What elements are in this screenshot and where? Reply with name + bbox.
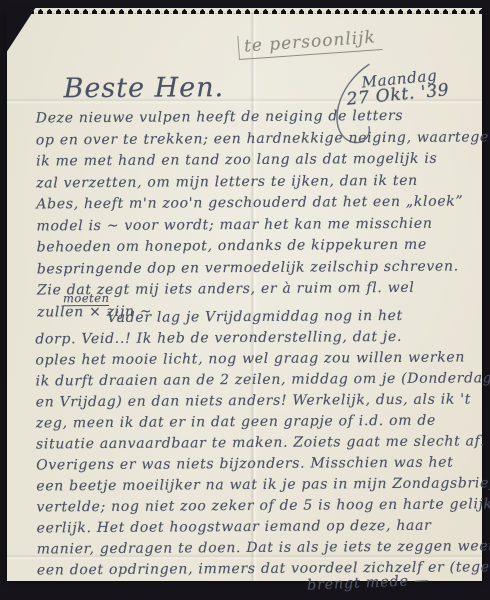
letter-line: en Vrijdag) en dan niets anders! Werkeli… [36, 391, 471, 410]
inserted-correction-word: moeten [63, 291, 110, 306]
letter-line: eerlijk. Het doet hoogstwaar iemand op d… [37, 518, 432, 537]
letter-line: zal verzetten, om mijn letters te ijken,… [36, 172, 418, 191]
letter-paper: te persoonlijk Maandag 27 Okt. '39 Beste… [7, 14, 482, 581]
letter-line: manier, gedragen te doen. Dat is als je … [37, 538, 490, 557]
letter-line: Deze nieuwe vulpen heeft de neiging de l… [36, 108, 404, 127]
letter-line: zeg, meen ik dat er in dat geen grapje o… [36, 413, 436, 432]
letter-line: oples het mooie licht, nog wel graag zou… [35, 349, 465, 368]
letter-line: ik durft draaien aan de 2 zeilen, middag… [36, 370, 490, 389]
letter-line: op en over te trekken; een hardnekkige n… [36, 129, 490, 148]
letter-line: een beetje moeilijker na wat ik je pas i… [36, 475, 490, 494]
letter-line: situatie aanvaardbaar te maken. Zoiets g… [36, 433, 485, 452]
letter-line: model is ∼ voor wordt; maar het kan me m… [36, 215, 432, 234]
letter-line: dorp. Veid..! Ik heb de veronderstelling… [35, 329, 402, 348]
letter-line: vertelde; nog niet zoo zeker of de 5 is … [36, 496, 490, 515]
letter-line: behoeden om honepot, ondanks de kippekur… [37, 237, 427, 256]
letter-line: ik me met hand en tand zoo lang als dat … [36, 151, 437, 170]
letter-line: Abes, heeft m'n zoo'n geschouderd dat he… [36, 193, 463, 212]
salutation: Beste Hen. [63, 72, 224, 104]
letter-line: Overigens er was niets bijzonders. Missc… [36, 455, 453, 474]
letter-line: bespringende dop en vermoedelijk zeilsch… [37, 258, 459, 277]
handwriting-layer: Maandag 27 Okt. '39 Beste Hen. Deze nieu… [5, 12, 484, 582]
letter-line: Vader lag je Vrijdagmiddag nog in het [107, 308, 403, 326]
